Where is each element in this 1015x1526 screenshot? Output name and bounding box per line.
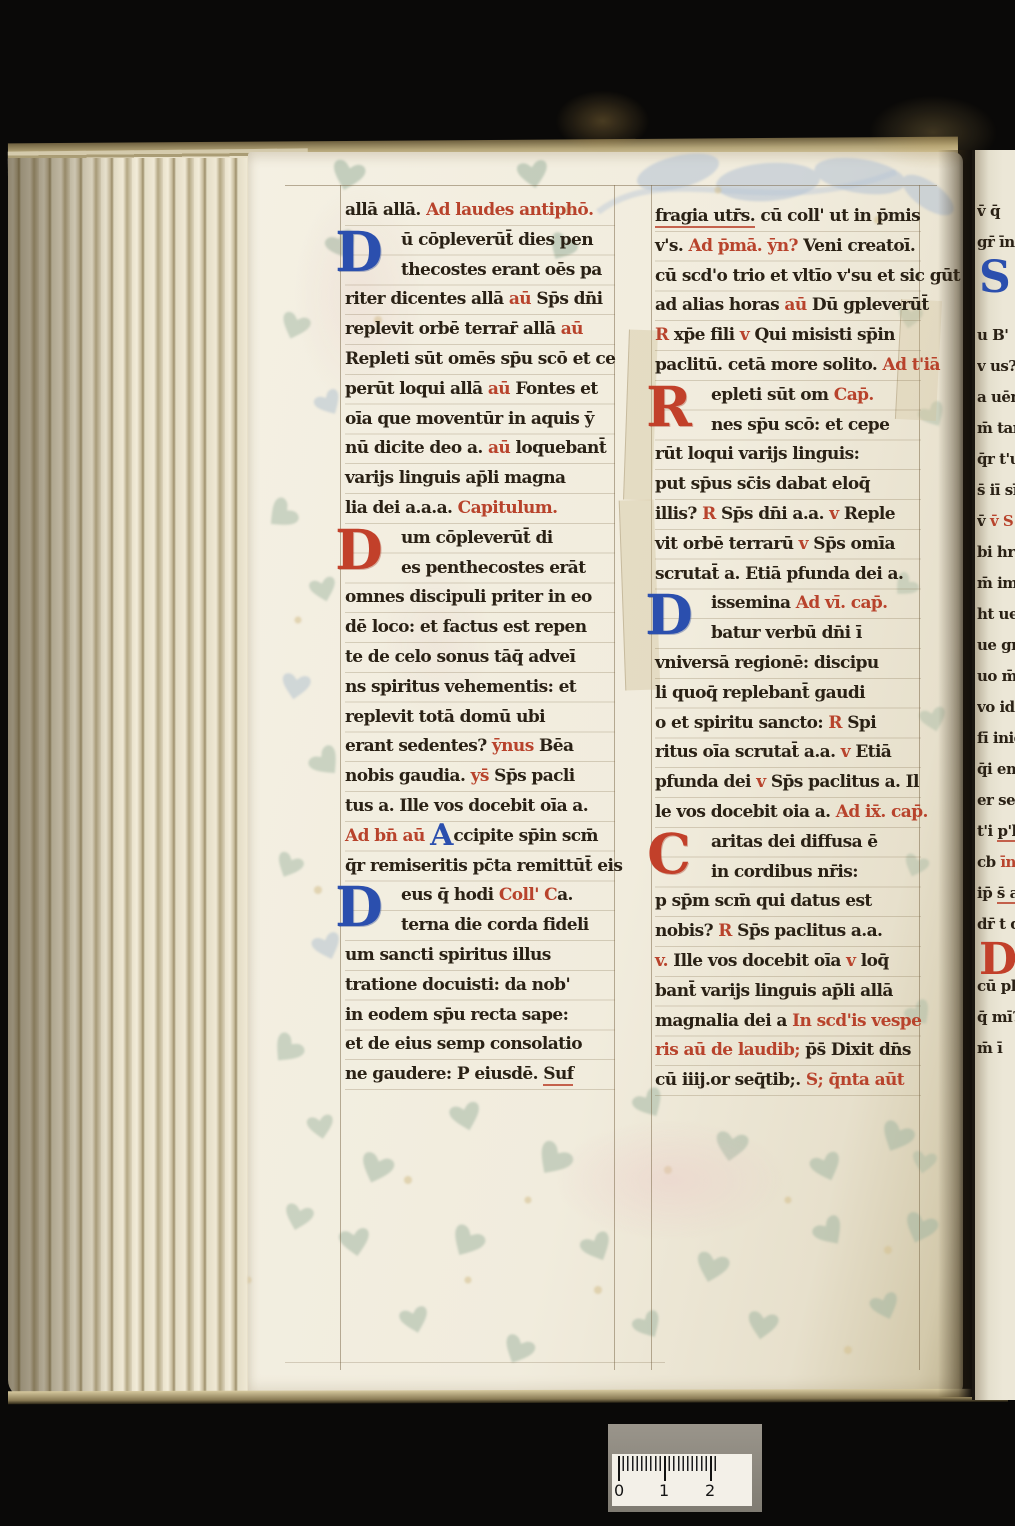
text-line: lia dei a.a.a. Capitulum.	[345, 494, 615, 524]
text-line: Repleti sūt om Cap̄.	[655, 381, 921, 411]
text-line: er selvu	[977, 785, 1015, 816]
text-line: magnalia dei a In scd'is vespe	[655, 1007, 921, 1037]
text-line: cb īn ad	[977, 847, 1015, 878]
ruler-tick-1	[664, 1456, 666, 1481]
text-line: t'i p'l uc̄	[977, 816, 1015, 847]
text-line: dē loco: et factus est repen	[345, 613, 615, 643]
text-line: v. Ille vos docebit oīa v loq̄	[655, 947, 921, 977]
text-line: Ad bn̄ aū Accipite sp̄in scm̄	[345, 822, 615, 852]
text-line: rūt loqui varijs linguis:	[655, 440, 921, 470]
scale-ruler: 0 1 2	[612, 1454, 752, 1506]
text-line: o et spiritu sancto: R Spi	[655, 709, 921, 739]
text-line: Deus q̄ hodi Coll' Ca.	[345, 881, 615, 911]
ruling-line-vertical	[340, 185, 341, 1370]
text-line: ue gmur	[977, 630, 1015, 661]
text-line: omnes discipuli priter in eo	[345, 583, 615, 613]
text-line: nobis? R Sp̄s paclitus a.a.	[655, 917, 921, 947]
text-line: m̄ ī	[977, 1033, 1015, 1064]
text-line: cū iiij.or seq̄tib;. S; q̄nta aūt	[655, 1066, 921, 1096]
text-line: allā allā. Ad laudes antiphō.	[345, 196, 615, 226]
text-line: m̄ im sū	[977, 568, 1015, 599]
text-line: fī inidū	[977, 723, 1015, 754]
scale-ruler-card: 0 1 2	[608, 1424, 762, 1512]
ruler-tick-2	[710, 1456, 712, 1481]
text-line: varijs linguis ap̄li magna	[345, 464, 615, 494]
text-line: ritus oīa scrutat̄ a.a. v Etiā	[655, 738, 921, 768]
text-line: D	[977, 940, 1015, 971]
text-line: thecostes erant oēs pa	[345, 256, 615, 286]
text-line: ne gaudere: P eiusdē. Suf	[345, 1060, 615, 1090]
text-line: q̄i embd	[977, 754, 1015, 785]
ruler-minor-ticks	[618, 1456, 718, 1471]
text-line: Caritas dei diffusa ē	[655, 828, 921, 858]
text-line: u B'	[977, 320, 1015, 351]
text-line: vo idms̄	[977, 692, 1015, 723]
book-bottom-edge	[8, 1389, 1008, 1405]
text-line: q̄r remiseritis pc̄ta remittūt̄ eis	[345, 852, 615, 882]
text-line: illis? R Sp̄s dn̄i a.a. v Reple	[655, 500, 921, 530]
text-line: scrutat̄ a. Etiā pfunda dei a.	[655, 560, 921, 590]
text-line: li quoq̄ replebant̄ gaudi	[655, 679, 921, 709]
manuscript-photo: allā allā. Ad laudes antiphō.Dū cōplever…	[0, 0, 1015, 1526]
stacked-page-edges	[8, 158, 256, 1398]
ruler-label-0: 0	[614, 1481, 624, 1500]
text-line: in cordibus nr̄is:	[655, 858, 921, 888]
text-line: fragia utr̄s. cū coll' ut in p̄mis	[655, 202, 921, 232]
text-line: es penthecostes erāt	[345, 554, 615, 584]
text-line: tus a. Ille vos docebit oīa a.	[345, 792, 615, 822]
text-line: vit orbē terrarū v Sp̄s omīa	[655, 530, 921, 560]
text-line: pfunda dei v Sp̄s paclitus a. Il	[655, 768, 921, 798]
text-line: q̄r t'ul	[977, 444, 1015, 475]
text-line: v us?	[977, 351, 1015, 382]
text-line: um sancti spiritus illus	[345, 941, 615, 971]
text-line: p sp̄m scm̄ qui datus est	[655, 887, 921, 917]
text-line: replevit orbē terrar̄ allā aū	[345, 315, 615, 345]
text-line: nobis gaudia. ys̄ Sp̄s pacli	[345, 762, 615, 792]
text-line: ris aū de laudib; p̄s̄ Dixit dn̄s	[655, 1036, 921, 1066]
facing-page-text-fragments: v̄ q̄gr̄ īnSu B'v us?a uēmm̄ tamq̄r t'ul…	[977, 196, 1015, 1126]
ruler-label-1: 1	[659, 1481, 669, 1500]
text-line: in eodem sp̄u recta sape:	[345, 1001, 615, 1031]
text-line: v̄ v̄ S	[977, 506, 1015, 537]
text-line: s̄ iī sī	[977, 475, 1015, 506]
text-line: v's. Ad p̄mā. ȳn? Veni creatoī.	[655, 232, 921, 262]
text-line: te de celo sonus tāq̄ adveī	[345, 643, 615, 673]
text-line: Dum cōpleverūt̄ di	[345, 524, 615, 554]
text-line: bant̄ varijs linguis ap̄li allā	[655, 977, 921, 1007]
right-text-column: fragia utr̄s. cū coll' ut in p̄misv's. A…	[655, 202, 921, 1096]
text-line: paclitū. cetā more solito. Ad t'iā	[655, 351, 921, 381]
text-line: R xp̄e fili v Qui misisti sp̄in	[655, 321, 921, 351]
text-line: Repleti sūt omēs sp̄u scō et ce	[345, 345, 615, 375]
ruler-tick-0	[618, 1456, 620, 1481]
ruling-line-horizontal	[285, 1362, 665, 1363]
text-line: m̄ tam	[977, 413, 1015, 444]
ruler-label-2: 2	[705, 1481, 715, 1500]
text-line: ip̄ s̄ aur	[977, 878, 1015, 909]
text-line: oīa que moventūr in aquis ȳ	[345, 405, 615, 435]
text-line	[977, 1064, 1015, 1095]
text-line: put sp̄us sc̄is dabat eloq̄	[655, 470, 921, 500]
text-line: le vos docebit oia a. Ad ix̄. cap̄.	[655, 798, 921, 828]
ruling-line-horizontal	[285, 185, 937, 186]
text-line: terna die corda fideli	[345, 911, 615, 941]
text-line	[977, 289, 1015, 320]
text-line: ht ue sp̄s	[977, 599, 1015, 630]
text-line: perūt loqui allā aū Fontes et	[345, 375, 615, 405]
text-line: erant sedentes? ȳnus Bēa	[345, 732, 615, 762]
text-line: uo m̄ dm̄	[977, 661, 1015, 692]
text-line: batur verbū dn̄i ī	[655, 619, 921, 649]
text-line: S	[977, 258, 1015, 289]
text-line: ns spiritus vehementis: et	[345, 673, 615, 703]
gutter-shadow	[938, 150, 975, 1397]
left-text-column: allā allā. Ad laudes antiphō.Dū cōplever…	[345, 196, 615, 1090]
ruler-labels: 0 1 2	[612, 1481, 752, 1503]
text-line	[977, 1095, 1015, 1126]
text-line: vniversā regionē: discipu	[655, 649, 921, 679]
text-line: ad alias horas aū Dū gpleverūt̄	[655, 291, 921, 321]
text-line: cū scd'o trio et vltīo v'su et sic gūt	[655, 262, 921, 292]
text-line: riter dicentes allā aū Sp̄s dn̄i	[345, 285, 615, 315]
text-line: Dissemina Ad vī. cap̄.	[655, 589, 921, 619]
text-line: a uēm	[977, 382, 1015, 413]
text-line: nes sp̄u scō: et cepe	[655, 411, 921, 441]
text-line: q̄ mī? u	[977, 1002, 1015, 1033]
text-line: nū dicite deo a. aū loquebant̄	[345, 434, 615, 464]
text-line: replevit totā domū ubi	[345, 703, 615, 733]
text-line: bi hrem̄	[977, 537, 1015, 568]
text-line: Dū cōpleverūt̄ dies pen	[345, 226, 615, 256]
text-line: v̄ q̄	[977, 196, 1015, 227]
text-line: tratione docuisti: da nob'	[345, 971, 615, 1001]
text-line: et de eius semp consolatio	[345, 1030, 615, 1060]
text-line: cū plebū	[977, 971, 1015, 1002]
